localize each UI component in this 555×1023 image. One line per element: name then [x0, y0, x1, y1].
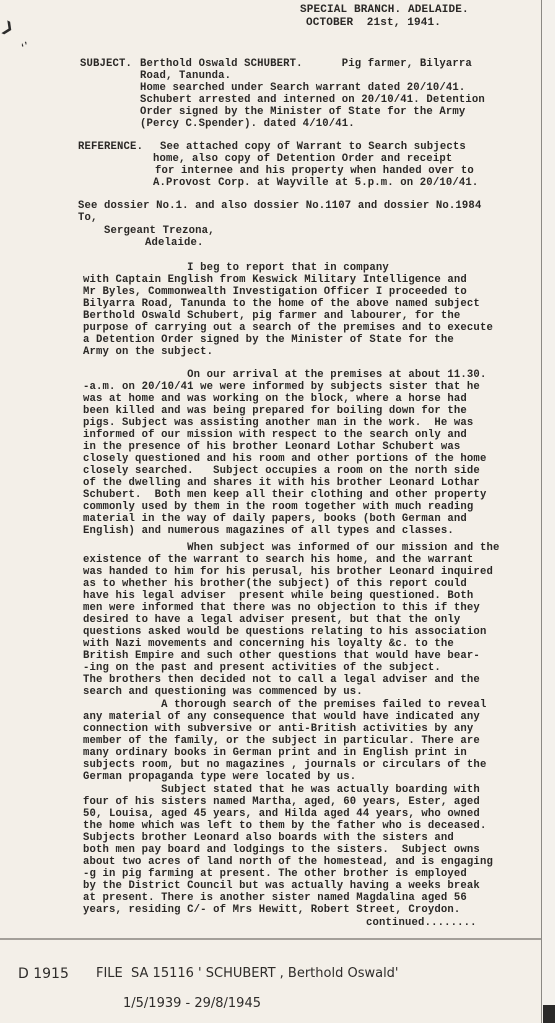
paragraph-line: both men pay board and lodgings to the s… — [83, 844, 480, 856]
letterhead-office: SPECIAL BRANCH. ADELAIDE. — [300, 4, 469, 16]
document-page: ❯ ‘’ SPECIAL BRANCH. ADELAIDE. OCTOBER 2… — [0, 0, 541, 1023]
paragraph-line: German propaganda type were located by u… — [83, 771, 356, 783]
subject-line: Home searched under Search warrant dated… — [140, 82, 465, 94]
paragraph-line: purpose of carrying out a search of the … — [83, 322, 493, 334]
paragraph-line: Subject stated that he was actually boar… — [83, 784, 480, 796]
paragraph-line: On our arrival at the premises at about … — [83, 369, 486, 381]
paragraph-line: Mr Byles, Commonwealth Investigation Off… — [83, 286, 467, 298]
subject-line: Berthold Oswald SCHUBERT. Pig farmer, Bi… — [140, 58, 472, 70]
subject-line: Road, Tanunda. — [140, 70, 231, 82]
handwritten-dates: 1/5/1939 - 29/8/1945 — [123, 996, 261, 1011]
paragraph-line: questions asked would be questions relat… — [83, 626, 486, 638]
paragraph-line: was at home and was working on the block… — [83, 393, 467, 405]
handwritten-file-label: FILE SA 15116 ' SCHUBERT , Berthold Oswa… — [96, 966, 399, 981]
addressee-place: Adelaide. — [145, 237, 204, 249]
paragraph-line: subjects room, but no magazines , journa… — [83, 759, 486, 771]
paragraph-line: The brothers then decided not to call a … — [83, 674, 480, 686]
margin-strip — [542, 0, 555, 1023]
addressee-name: Sergeant Trezona, — [104, 225, 215, 237]
paragraph-line: of the dwelling and shares it with his b… — [83, 477, 480, 489]
paragraph-line: pigs. Subject was assisting another man … — [83, 417, 473, 429]
paragraph-line: member of the family, or the subject in … — [83, 735, 480, 747]
paragraph-line: by the District Council but was actually… — [83, 880, 480, 892]
paragraph-line: about two acres of land north of the hom… — [83, 856, 493, 868]
paragraph-line: 50, Louisa, aged 45 years, and Hilda age… — [83, 808, 480, 820]
margin-mark: ❯ — [0, 18, 17, 37]
paragraph-line: When subject was informed of our mission… — [83, 542, 499, 554]
paragraph-line: with Nazi movements and concerning his l… — [83, 638, 454, 650]
paragraph-line: the home which was left to them by the f… — [83, 820, 486, 832]
paragraph-line: many ordinary books in German print and … — [83, 747, 467, 759]
paragraph-line: men were informed that there was no obje… — [83, 602, 480, 614]
paragraph-line: at present. There is another sister name… — [83, 892, 467, 904]
paragraph-line: any material of any consequence that wou… — [83, 711, 480, 723]
subject-line: Schubert arrested and interned on 20/10/… — [140, 94, 485, 106]
paragraph-line: years, residing C/- of Mrs Hewitt, Rober… — [83, 904, 460, 916]
paragraph-line: Schubert. Both men keep all their clothi… — [83, 489, 486, 501]
page-edge-divider — [0, 938, 541, 940]
paragraph-line: closely questioned and his room and othe… — [83, 453, 486, 465]
paragraph-line: British Empire and such other questions … — [83, 650, 480, 662]
paragraph-line: informed of our mission with respect to … — [83, 429, 467, 441]
paragraph-line: English) and numerous magazines of all t… — [83, 525, 454, 537]
addressee-to: To, — [78, 212, 98, 224]
paragraph-line: -ing on the past and present activities … — [83, 662, 441, 674]
subject-line: (Percy C.Spender). dated 4/10/41. — [140, 118, 355, 130]
paragraph-line: material in the way of daily papers, boo… — [83, 513, 467, 525]
paragraph-line: been killed and was being prepared for b… — [83, 405, 467, 417]
paragraph-line: Berthold Oswald Schubert, pig farmer and… — [83, 310, 460, 322]
subject-line: Order signed by the Minister of State fo… — [140, 106, 465, 118]
subject-label: SUBJECT. — [80, 58, 132, 70]
paragraph-line: closely searched. Subject occupies a roo… — [83, 465, 480, 477]
paragraph-line: A thorough search of the premises failed… — [83, 699, 486, 711]
paragraph-line: as to whether his brother(the subject) o… — [83, 578, 467, 590]
paragraph-line: search and questioning was commenced by … — [83, 686, 363, 698]
dossier-reference: See dossier No.1. and also dossier No.11… — [78, 200, 481, 212]
paragraph-line: in the presence of his brother Leonard L… — [83, 441, 460, 453]
paragraph-line: Army on the subject. — [83, 346, 213, 358]
handwritten-ref: D 1915 — [18, 966, 69, 982]
paragraph-line: Subjects brother Leonard also boards wit… — [83, 832, 454, 844]
paragraph-line: -g in pig farming at present. The other … — [83, 868, 467, 880]
paragraph-line: existence of the warrant to search his h… — [83, 554, 473, 566]
continued-note: continued........ — [366, 917, 477, 929]
paragraph-line: four of his sisters named Martha, aged, … — [83, 796, 480, 808]
paragraph-line: have his legal adviser present while bei… — [83, 590, 473, 602]
letterhead-date: OCTOBER 21st, 1941. — [306, 17, 441, 29]
scan-corner — [543, 1005, 555, 1023]
paragraph-line: commonly used by them in the room togeth… — [83, 501, 473, 513]
reference-label: REFERENCE. — [78, 141, 143, 153]
paragraph-line: with Captain English from Keswick Milita… — [83, 274, 467, 286]
paragraph-line: I beg to report that in company — [83, 262, 389, 274]
paragraph-line: -a.m. on 20/10/41 we were informed by su… — [83, 381, 480, 393]
reference-line: See attached copy of Warrant to Search s… — [160, 141, 466, 153]
reference-line: for internee and his property when hande… — [155, 165, 474, 177]
reference-line: A.Provost Corp. at Wayville at 5.p.m. on… — [153, 177, 478, 189]
paragraph-line: a Detention Order signed by the Minister… — [83, 334, 454, 346]
paragraph-line: desired to have a legal adviser present,… — [83, 614, 460, 626]
paragraph-line: connection with subversive or anti-Briti… — [83, 723, 473, 735]
reference-line: home, also copy of Detention Order and r… — [153, 153, 452, 165]
paragraph-line: was handed to him for his perusal, his b… — [83, 566, 493, 578]
paragraph-line: Bilyarra Road, Tanunda to the home of th… — [83, 298, 480, 310]
margin-mark: ‘’ — [19, 39, 33, 55]
